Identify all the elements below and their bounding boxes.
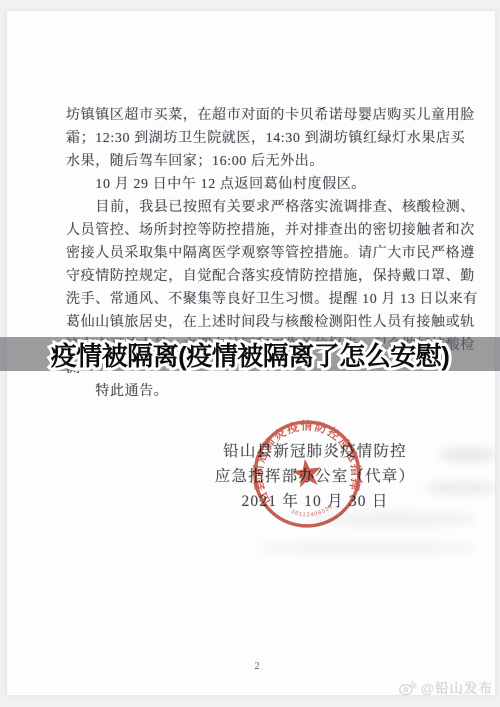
page-number: 2 xyxy=(247,661,267,672)
closing-line: 特此通告。 xyxy=(66,380,450,403)
body-line: 守疫情防控规定，自觉配合落实疫情防控措施，保持戴口罩、勤 xyxy=(66,265,450,288)
body-line: 坊镇镇区超市买菜，在超市对面的卡贝希诺母婴店购买儿童用脸 xyxy=(66,104,450,127)
body-line: 洗手、常通风、不聚集等良好卫生习惯。提醒 10 月 13 日以来有 xyxy=(66,288,450,311)
seal-star-icon xyxy=(290,457,323,488)
weibo-icon xyxy=(398,679,417,696)
seal-code: 36112406039 xyxy=(289,503,335,521)
svg-text:36112406039: 36112406039 xyxy=(289,503,335,521)
body-line: 葛仙山镇旅居史，在上述时间段与核酸检测阳性人员有接触或轨 xyxy=(66,311,450,334)
headline-banner-text: 疫情被隔离(疫情被隔离了怎么安慰) xyxy=(51,341,450,371)
body-line: 10 月 29 日中午 12 点返回葛仙村度假区。 xyxy=(66,173,450,196)
body-line: 目前，我县已按照有关要求严格落实流调排查、核酸检测、 xyxy=(66,196,450,219)
watermark-text: @铅山发布 xyxy=(421,677,493,697)
document-photo: 坊镇镇区超市买菜，在超市对面的卡贝希诺母婴店购买儿童用脸 霜；12:30 到湖坊… xyxy=(0,0,500,707)
ink-bleed-smudge xyxy=(257,541,477,555)
ink-bleed-smudge xyxy=(439,447,497,463)
official-seal: 铅山县新冠肺炎疫情防控应急指挥部 36112406039 xyxy=(250,417,364,531)
headline-banner: 疫情被隔离(疫情被隔离了怎么安慰) 疫情被隔离(疫情被隔离了怎么安慰) xyxy=(0,337,500,371)
body-line: 密接人员采取集中隔离医学观察等管控措施。请广大市民严格遵 xyxy=(66,242,450,265)
body-line: 水果，随后驾车回家；16:00 后无外出。 xyxy=(66,150,450,173)
seal-ring-text: 铅山县新冠肺炎疫情防控应急指挥部 xyxy=(250,417,364,509)
svg-text:铅山县新冠肺炎疫情防控应急指挥部: 铅山县新冠肺炎疫情防控应急指挥部 xyxy=(250,417,364,509)
body-line: 人员管控、场所封控等防控措施，并对排查出的密切接触者和次 xyxy=(66,219,450,242)
body-line: 霜；12:30 到湖坊卫生院就医，14:30 到湖坊镇红绿灯水果店买 xyxy=(66,127,450,150)
watermark: @铅山发布 xyxy=(398,676,493,698)
